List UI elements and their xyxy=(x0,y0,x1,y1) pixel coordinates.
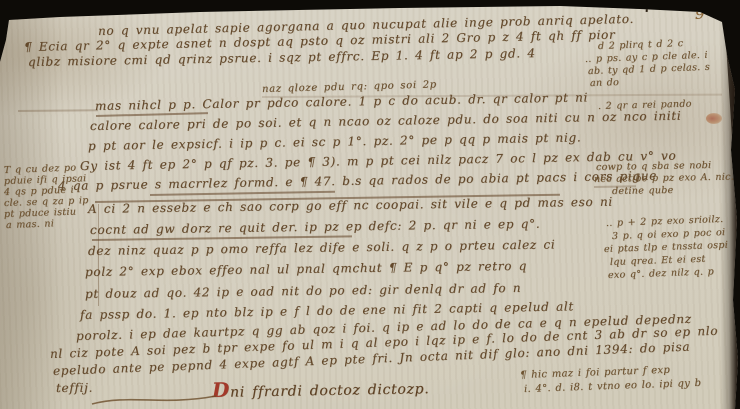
main-text-line: A ci 2 n essebz e ch sao corp go eff nc … xyxy=(88,196,613,217)
right-margin-note-line: ab. ty qd 1 d p celas. s xyxy=(588,63,710,78)
main-text-line: p pt aor le expsicf. i ip p c. ei sc p 1… xyxy=(88,131,582,153)
page-torn-edge xyxy=(720,0,740,409)
rubric-line: Dni ffrardi doctoz dictozp. xyxy=(212,375,430,401)
right-margin-note-line: nec actibe p pz exo A. nic. xyxy=(594,173,734,186)
ink-underline xyxy=(150,191,335,196)
main-text-line: teffij. xyxy=(56,382,93,396)
left-margin-note-line: a mas. ni xyxy=(6,219,54,231)
main-text-line: cocnt ad gw dorz re quit der. ip pz ep d… xyxy=(90,218,540,237)
right-margin-note-line: detine qube xyxy=(612,186,674,198)
red-ink-smudge xyxy=(706,113,722,124)
main-text-line: polz 2° exp ebox effeo nal ul pnal qmchu… xyxy=(85,260,527,279)
main-text-line: 4 qa p psrue s macrrlez formd. e ¶ 47. b… xyxy=(58,170,657,194)
manuscript-page: 9 no q vnu apelat sapie agorgana a quo n… xyxy=(0,0,740,409)
main-text-line: pt douz ad qo. 42 ip e oad nit do po ed:… xyxy=(85,282,521,301)
rubric-text: ni ffrardi doctoz dictozp. xyxy=(230,381,430,400)
right-margin-note-line: an do xyxy=(590,78,619,89)
bottom-right-note-line: ¶ hic maz i foi partur f exp xyxy=(520,365,670,381)
main-text-line: dez ninz quaz p p omo reffa lez dife e s… xyxy=(88,238,556,258)
ruling-line-vertical xyxy=(98,204,99,306)
folio-number: 9 xyxy=(695,6,705,23)
right-margin-note-line: exo q°. dez nilz q. p xyxy=(608,267,714,281)
bottom-right-note-line: i. 4°. d. i8. t vtno eo lo. ipi qy b xyxy=(524,378,702,395)
pen-tick-mark xyxy=(646,1,649,12)
right-margin-note-line: ei ptas tlp e tnssta ospi xyxy=(604,241,728,256)
pen-flourish xyxy=(90,390,220,408)
